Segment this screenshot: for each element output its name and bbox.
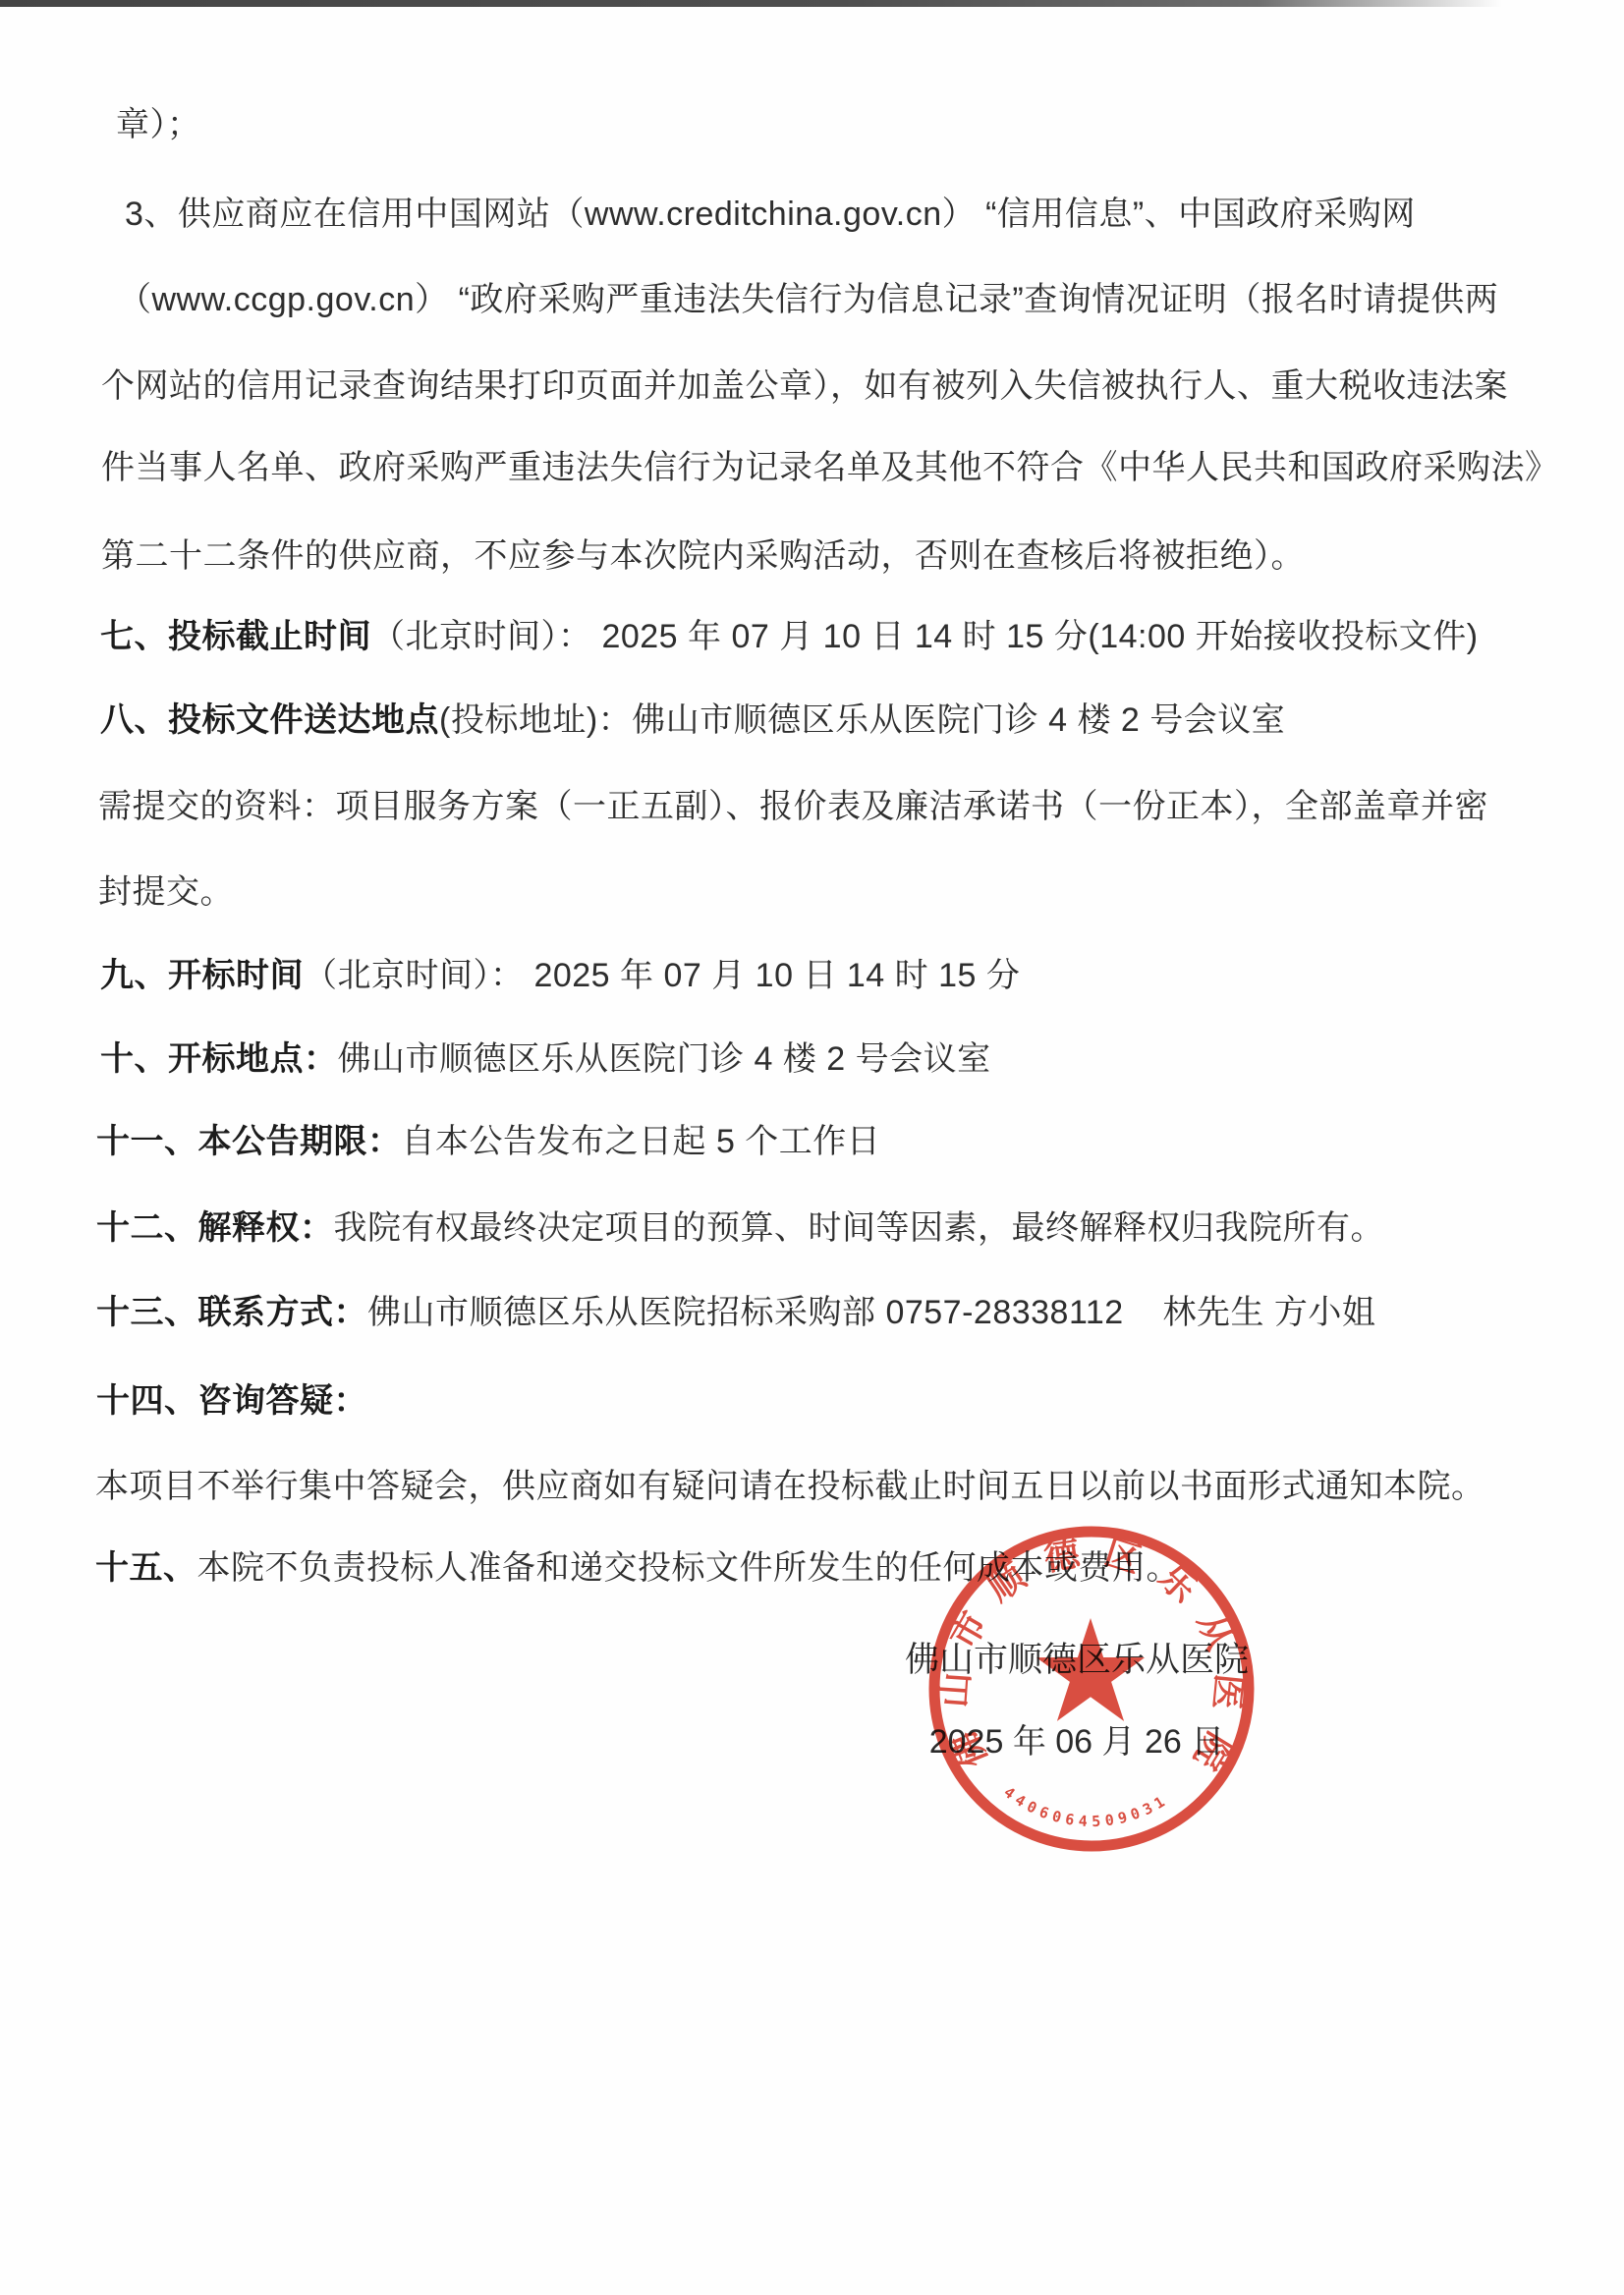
line-section-12-interpretation: 十二、解释权：我院有权最终决定项目的预算、时间等因素，最终解释权归我院所有。 <box>96 1206 1384 1250</box>
line-section-15-costs: 十五、本院不负责投标人准备和递交投标文件所发生的任何成本或费用。 <box>95 1546 1180 1590</box>
signature-org: 佛山市顺德区乐从医院 <box>904 1639 1250 1682</box>
line-credit-china-1: 3、供应商应在信用中国网站（www.creditchina.gov.cn） “信… <box>125 193 1416 236</box>
line-section-13-contact: 十三、联系方式：佛山市顺德区乐从医院招标采购部 0757-28338112 林先… <box>96 1291 1375 1334</box>
scanned-document-page: 章）； 3、供应商应在信用中国网站（www.creditchina.gov.cn… <box>0 0 1624 2295</box>
line-qa-note: 本项目不举行集中答疑会，供应商如有疑问请在投标截止时间五日以前以书面形式通知本院… <box>95 1465 1485 1508</box>
seal-serial-number: 4406064509031 <box>1000 1783 1172 1830</box>
line-credit-china-3: 个网站的信用记录查询结果打印页面并加盖公章），如有被列入失信被执行人、重大税收违… <box>101 364 1508 408</box>
line-materials-required-2: 封提交。 <box>98 870 234 914</box>
scan-edge-artifact <box>0 0 1533 7</box>
line-section-10-opening-location: 十、开标地点：佛山市顺德区乐从医院门诊 4 楼 2 号会议室 <box>100 1037 991 1081</box>
line-section-7-bid-deadline: 七、投标截止时间（北京时间）： 2025 年 07 月 10 日 14 时 15… <box>100 615 1479 658</box>
line-credit-china-5: 第二十二条件的供应商，不应参与本次院内采购活动，否则在查核后将被拒绝）。 <box>101 534 1305 578</box>
line-credit-china-4: 件当事人名单、政府采购严重违法失信行为记录名单及其他不符合《中华人民共和国政府采… <box>101 446 1559 489</box>
line-credit-china-2: （www.ccgp.gov.cn） “政府采购严重违法失信行为信息记录”查询情况… <box>118 278 1498 321</box>
line-seal-clause-tail: 章）； <box>116 103 201 146</box>
line-materials-required-1: 需提交的资料：项目服务方案（一正五副）、报价表及廉洁承诺书（一份正本），全部盖章… <box>98 785 1488 828</box>
signature-date: 2025 年 06 月 26 日 <box>904 1720 1250 1763</box>
line-section-14-qa-heading: 十四、咨询答疑： <box>96 1379 367 1423</box>
line-section-9-opening-time: 九、开标时间（北京时间）： 2025 年 07 月 10 日 14 时 15 分 <box>100 954 1020 997</box>
svg-text:4406064509031: 4406064509031 <box>1000 1783 1172 1830</box>
line-section-8-delivery-address: 八、投标文件送达地点(投标地址)：佛山市顺德区乐从医院门诊 4 楼 2 号会议室 <box>100 699 1285 742</box>
line-section-11-notice-period: 十一、本公告期限：自本公告发布之日起 5 个工作日 <box>96 1120 880 1163</box>
